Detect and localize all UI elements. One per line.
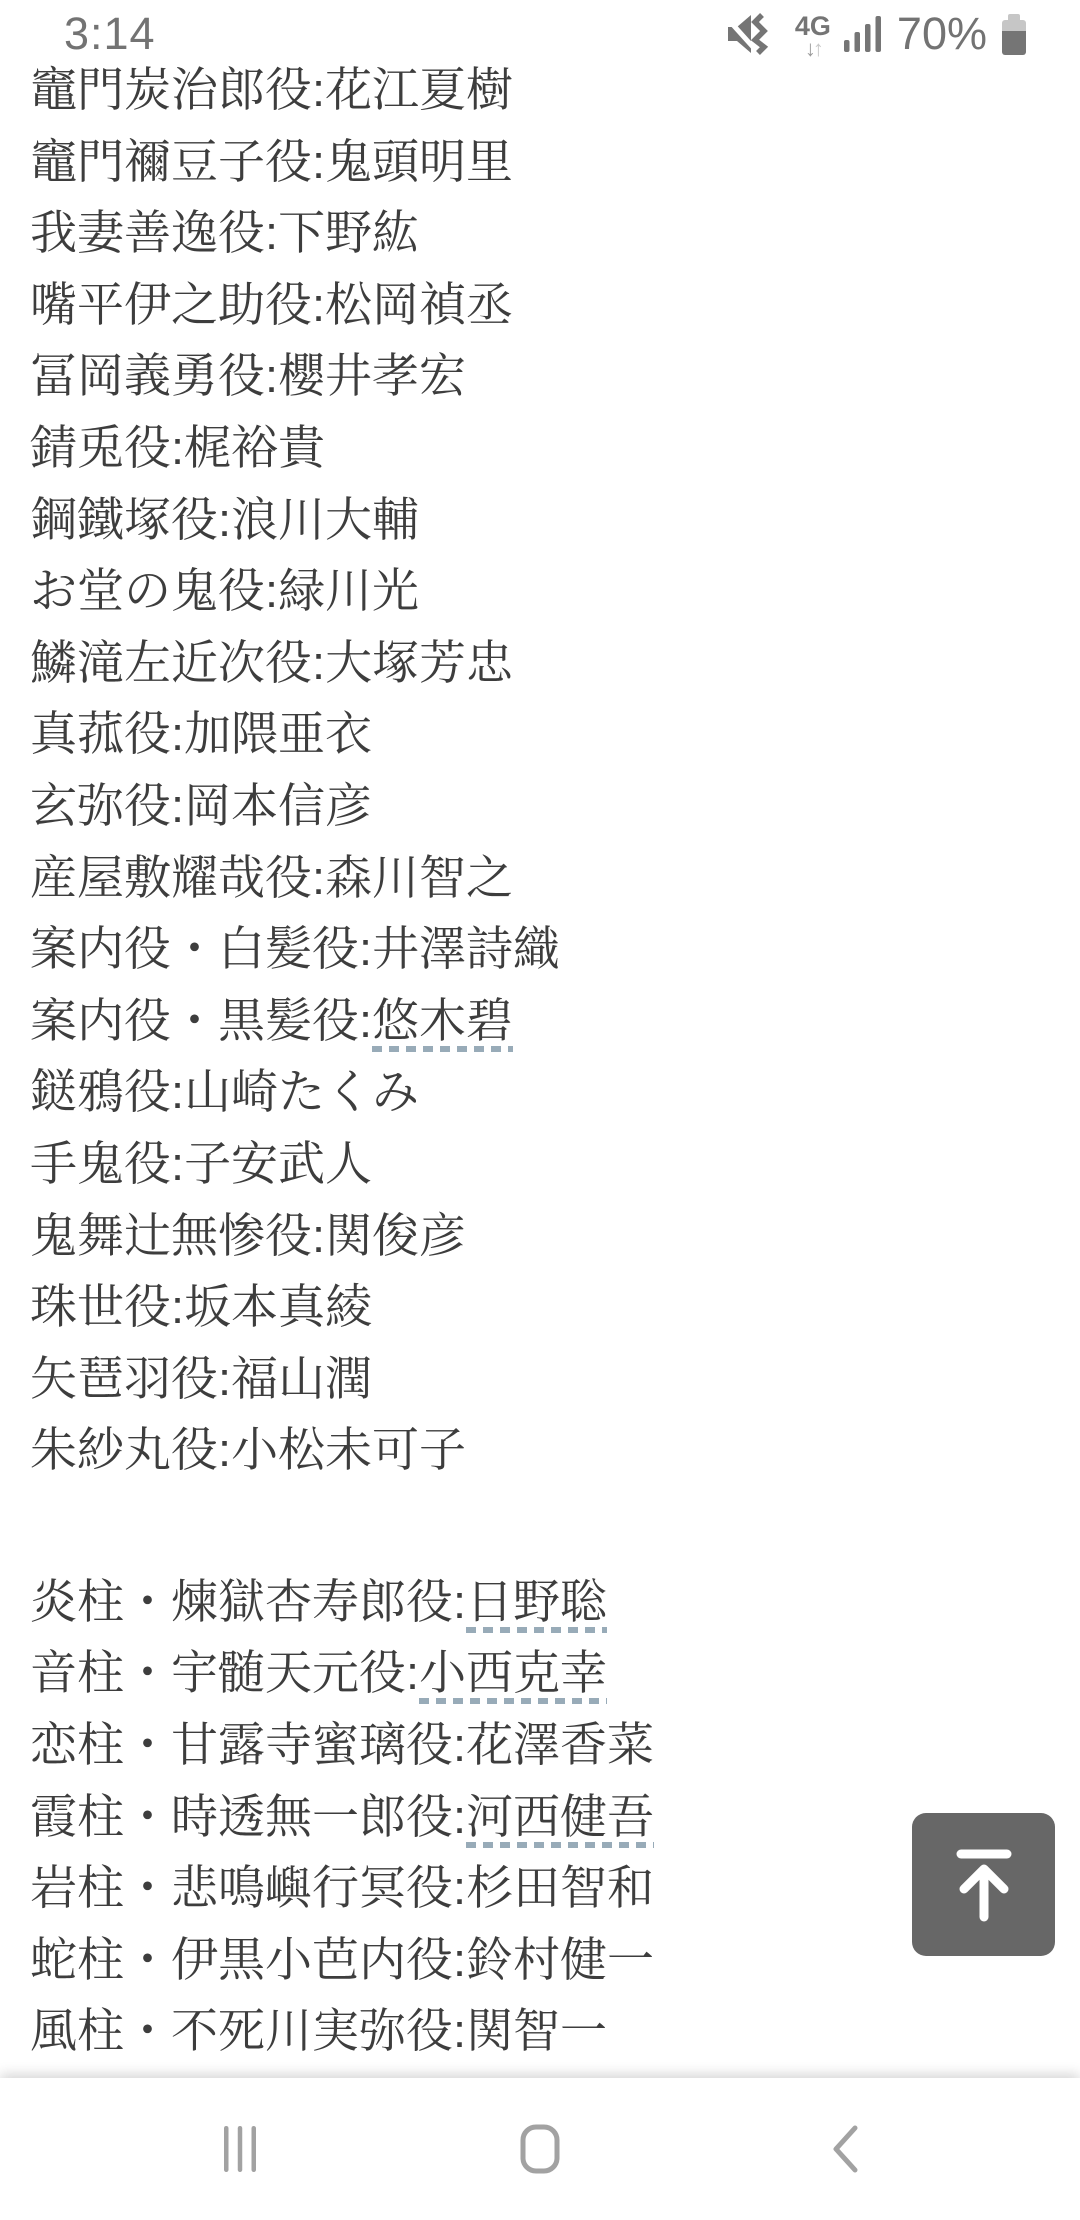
cast-row: 冨岡義勇役:櫻井孝宏	[30, 340, 1080, 412]
cast-row: 矢琶羽役:福山潤	[30, 1343, 1080, 1415]
cast-name-label: 鈴村健一	[466, 1933, 654, 1986]
cast-role-label: 玄弥役:	[30, 779, 184, 832]
recents-button[interactable]	[180, 2078, 300, 2220]
cast-role-label: 風柱・不死川実弥役:	[30, 2004, 466, 2057]
cast-row: 炎柱・煉獄杏寿郎役:日野聡	[30, 1566, 1080, 1638]
cast-role-label: 鎹鴉役:	[30, 1065, 184, 1118]
home-icon	[520, 2124, 560, 2174]
cast-row: 朱紗丸役:小松未可子	[30, 1414, 1080, 1486]
cast-name-label: 梶裕貴	[184, 421, 325, 474]
group-spacer	[30, 1486, 1080, 1566]
cast-name-label: 松岡禎丞	[325, 278, 513, 331]
cast-role-label: 鬼舞辻無惨役:	[30, 1209, 325, 1262]
cast-name-link[interactable]: 河西健吾	[466, 1790, 654, 1848]
navigation-bar	[0, 2078, 1080, 2220]
scroll-to-top-button[interactable]	[912, 1813, 1055, 1956]
cast-role-label: 真菰役:	[30, 707, 184, 760]
cast-row: 鬼舞辻無惨役:関俊彦	[30, 1200, 1080, 1272]
cast-name-label: 緑川光	[278, 564, 419, 617]
cast-role-label: 恋柱・甘露寺蜜璃役:	[30, 1718, 466, 1771]
cast-list: 竈門炭治郎役:花江夏樹竈門禰豆子役:鬼頭明里我妻善逸役:下野紘嘴平伊之助役:松岡…	[0, 0, 1080, 2067]
cast-role-label: 霞柱・時透無一郎役:	[30, 1790, 466, 1843]
cast-row: 手鬼役:子安武人	[30, 1128, 1080, 1200]
cast-name-label: 岡本信彦	[184, 779, 372, 832]
back-button[interactable]	[785, 2078, 905, 2220]
cast-name-label: 櫻井孝宏	[278, 349, 466, 402]
cast-name-link[interactable]: 日野聡	[466, 1575, 607, 1633]
cast-role-label: 手鬼役:	[30, 1137, 184, 1190]
back-icon	[832, 2125, 858, 2173]
cast-row: お堂の鬼役:緑川光	[30, 555, 1080, 627]
cast-role-label: 朱紗丸役:	[30, 1423, 231, 1476]
cast-name-link[interactable]: 小西克幸	[419, 1646, 607, 1704]
cast-name-label: 加隈亜衣	[184, 707, 372, 760]
cast-role-label: 鱗滝左近次役:	[30, 636, 325, 689]
cast-row: 案内役・白髪役:井澤詩織	[30, 913, 1080, 985]
cast-role-label: 錆兎役:	[30, 421, 184, 474]
cast-row: 鱗滝左近次役:大塚芳忠	[30, 627, 1080, 699]
cast-name-label: 下野紘	[278, 206, 419, 259]
cast-row: 我妻善逸役:下野紘	[30, 197, 1080, 269]
cast-name-label: 関智一	[466, 2004, 607, 2057]
cast-group-main: 竈門炭治郎役:花江夏樹竈門禰豆子役:鬼頭明里我妻善逸役:下野紘嘴平伊之助役:松岡…	[30, 54, 1080, 1486]
home-button[interactable]	[480, 2078, 600, 2220]
cast-row: 真菰役:加隈亜衣	[30, 698, 1080, 770]
arrow-up-to-line-icon	[951, 1847, 1017, 1923]
cast-name-label: 子安武人	[184, 1137, 372, 1190]
cast-role-label: 鋼鐵塚役:	[30, 493, 231, 546]
phone-screen: { "status_bar": { "time": "3:14", "netwo…	[0, 0, 1080, 2220]
cast-role-label: 矢琶羽役:	[30, 1352, 231, 1405]
cast-role-label: 我妻善逸役:	[30, 206, 278, 259]
cast-role-label: 蛇柱・伊黒小芭内役:	[30, 1933, 466, 1986]
cast-name-label: 井澤詩織	[372, 922, 560, 975]
cast-role-label: 産屋敷耀哉役:	[30, 851, 325, 904]
cast-row: 鎹鴉役:山崎たくみ	[30, 1056, 1080, 1128]
cast-row: 音柱・宇髄天元役:小西克幸	[30, 1637, 1080, 1709]
cast-row: 風柱・不死川実弥役:関智一	[30, 1995, 1080, 2067]
cast-name-label: 花澤香菜	[466, 1718, 654, 1771]
cast-role-label: 岩柱・悲鳴嶼行冥役:	[30, 1861, 466, 1914]
cast-row: 案内役・黒髪役:悠木碧	[30, 985, 1080, 1057]
cast-role-label: 音柱・宇髄天元役:	[30, 1646, 419, 1699]
cast-name-label: 浪川大輔	[231, 493, 419, 546]
cast-name-label: 杉田智和	[466, 1861, 654, 1914]
cast-name-label: 山崎たくみ	[184, 1065, 419, 1118]
cast-row: 産屋敷耀哉役:森川智之	[30, 842, 1080, 914]
cast-row: 鋼鐵塚役:浪川大輔	[30, 484, 1080, 556]
cast-name-label: 大塚芳忠	[325, 636, 513, 689]
cast-row: 竈門禰豆子役:鬼頭明里	[30, 126, 1080, 198]
cast-role-label: 竈門炭治郎役:	[30, 63, 325, 116]
cast-name-label: 関俊彦	[325, 1209, 466, 1262]
cast-role-label: お堂の鬼役:	[30, 564, 278, 617]
cast-role-label: 冨岡義勇役:	[30, 349, 278, 402]
cast-name-label: 鬼頭明里	[325, 135, 513, 188]
cast-row: 珠世役:坂本真綾	[30, 1271, 1080, 1343]
cast-row: 錆兎役:梶裕貴	[30, 412, 1080, 484]
cast-name-label: 森川智之	[325, 851, 513, 904]
cast-name-label: 坂本真綾	[184, 1280, 372, 1333]
cast-row: 竈門炭治郎役:花江夏樹	[30, 54, 1080, 126]
cast-row: 玄弥役:岡本信彦	[30, 770, 1080, 842]
cast-row: 恋柱・甘露寺蜜璃役:花澤香菜	[30, 1709, 1080, 1781]
cast-name-label: 花江夏樹	[325, 63, 513, 116]
cast-name-label: 小松未可子	[231, 1423, 466, 1476]
cast-name-label: 福山潤	[231, 1352, 372, 1405]
cast-name-link[interactable]: 悠木碧	[372, 994, 513, 1052]
cast-row: 嘴平伊之助役:松岡禎丞	[30, 269, 1080, 341]
cast-role-label: 珠世役:	[30, 1280, 184, 1333]
cast-role-label: 炎柱・煉獄杏寿郎役:	[30, 1575, 466, 1628]
cast-role-label: 竈門禰豆子役:	[30, 135, 325, 188]
cast-role-label: 案内役・白髪役:	[30, 922, 372, 975]
cast-role-label: 案内役・黒髪役:	[30, 994, 372, 1047]
cast-role-label: 嘴平伊之助役:	[30, 278, 325, 331]
recents-icon	[224, 2126, 256, 2172]
